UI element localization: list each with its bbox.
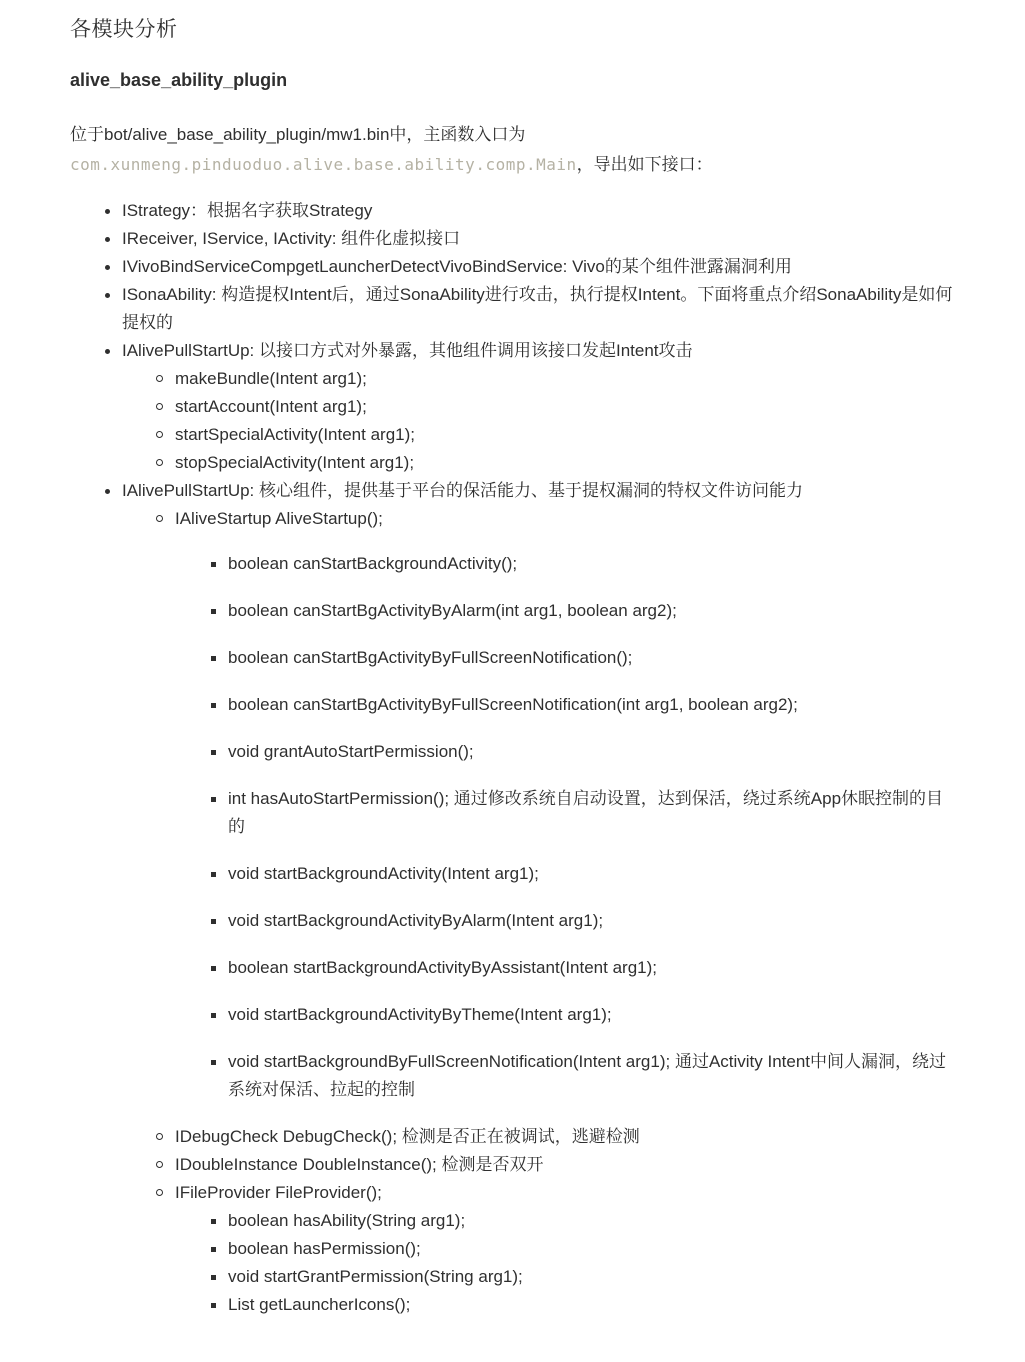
list-item: IDebugCheck DebugCheck(); 检测是否正在被调试，逃避检测 [175,1123,955,1151]
list-item-text: boolean canStartBgActivityByFullScreenNo… [228,695,798,714]
interface-list-level-2: IAliveStartup AliveStartup();boolean can… [122,505,955,1319]
list-item: ISonaAbility: 构造提权Intent后，通过SonaAbility进… [122,281,955,337]
list-item: startSpecialActivity(Intent arg1); [175,421,955,449]
list-item: IFileProvider FileProvider();boolean has… [175,1179,955,1319]
list-item: IStrategy：根据名字获取Strategy [122,197,955,225]
list-item: List getLauncherIcons(); [228,1291,955,1319]
list-item-text: IAliveStartup AliveStartup(); [175,509,383,528]
list-item-text: IStrategy：根据名字获取Strategy [122,201,372,220]
page-title: 各模块分析 [70,14,955,45]
list-item-text: startSpecialActivity(Intent arg1); [175,425,415,444]
list-item-text: void startBackgroundActivityByTheme(Inte… [228,1005,612,1024]
list-item-text: boolean startBackgroundActivityByAssista… [228,958,657,977]
list-item-text: IFileProvider FileProvider(); [175,1183,382,1202]
list-item-text: stopSpecialActivity(Intent arg1); [175,453,414,472]
list-item-text: boolean hasPermission(); [228,1239,421,1258]
list-item: stopSpecialActivity(Intent arg1); [175,449,955,477]
list-item: boolean hasPermission(); [228,1235,955,1263]
list-item: boolean canStartBgActivityByAlarm(int ar… [228,597,955,625]
list-item: void grantAutoStartPermission(); [228,738,955,766]
list-item-text: IReceiver, IService, IActivity: 组件化虚拟接口 [122,229,460,248]
interface-list-level-3: boolean hasAbility(String arg1);boolean … [175,1207,955,1319]
list-item-text: List getLauncherIcons(); [228,1295,410,1314]
list-item: IAlivePullStartUp: 核心组件，提供基于平台的保活能力、基于提权… [122,477,955,1319]
list-item-text: void startBackgroundByFullScreenNotifica… [228,1052,946,1099]
list-item: makeBundle(Intent arg1); [175,365,955,393]
list-item: boolean canStartBackgroundActivity(); [228,550,955,578]
list-item: IReceiver, IService, IActivity: 组件化虚拟接口 [122,225,955,253]
list-item: int hasAutoStartPermission(); 通过修改系统自启动设… [228,785,955,841]
list-item: void startBackgroundActivityByAlarm(Inte… [228,907,955,935]
interface-list-level-1: IStrategy：根据名字获取StrategyIReceiver, IServ… [70,197,955,1319]
interface-list: IStrategy：根据名字获取StrategyIReceiver, IServ… [70,197,955,1319]
list-item-text: IDoubleInstance DoubleInstance(); 检测是否双开 [175,1155,544,1174]
list-item-text: boolean canStartBgActivityByAlarm(int ar… [228,601,677,620]
list-item-text: void startGrantPermission(String arg1); [228,1267,523,1286]
main-class-code: com.xunmeng.pinduoduo.alive.base.ability… [70,155,577,174]
list-item: void startGrantPermission(String arg1); [228,1263,955,1291]
list-item-text: startAccount(Intent arg1); [175,397,367,416]
list-item: void startBackgroundByFullScreenNotifica… [228,1048,955,1104]
list-item-text: void startBackgroundActivityByAlarm(Inte… [228,911,603,930]
list-item-text: void startBackgroundActivity(Intent arg1… [228,864,539,883]
list-item: boolean canStartBgActivityByFullScreenNo… [228,644,955,672]
section-heading: alive_base_ability_plugin [70,67,955,93]
list-item-text: IAlivePullStartUp: 核心组件，提供基于平台的保活能力、基于提权… [122,481,803,500]
list-item: boolean startBackgroundActivityByAssista… [228,954,955,982]
list-item: IAliveStartup AliveStartup();boolean can… [175,505,955,1104]
list-item-text: makeBundle(Intent arg1); [175,369,367,388]
list-item-text: IDebugCheck DebugCheck(); 检测是否正在被调试，逃避检测 [175,1127,640,1146]
list-item: void startBackgroundActivityByTheme(Inte… [228,1001,955,1029]
list-item: boolean hasAbility(String arg1); [228,1207,955,1235]
intro-paragraph: 位于bot/alive_base_ability_plugin/mw1.bin中… [70,120,955,180]
list-item-text: ISonaAbility: 构造提权Intent后，通过SonaAbility进… [122,285,952,332]
list-item-text: void grantAutoStartPermission(); [228,742,474,761]
list-item-text: boolean canStartBgActivityByFullScreenNo… [228,648,632,667]
list-item-text: IAlivePullStartUp: 以接口方式对外暴露，其他组件调用该接口发起… [122,341,693,360]
list-item: IDoubleInstance DoubleInstance(); 检测是否双开 [175,1151,955,1179]
interface-list-level-2: makeBundle(Intent arg1);startAccount(Int… [122,365,955,477]
list-item: void startBackgroundActivity(Intent arg1… [228,860,955,888]
list-item-text: boolean hasAbility(String arg1); [228,1211,465,1230]
list-item-text: IVivoBindServiceCompgetLauncherDetectViv… [122,257,792,276]
list-item-text: boolean canStartBackgroundActivity(); [228,554,517,573]
list-item: IVivoBindServiceCompgetLauncherDetectViv… [122,253,955,281]
interface-list-level-3: boolean canStartBackgroundActivity();boo… [175,550,955,1104]
list-item: boolean canStartBgActivityByFullScreenNo… [228,691,955,719]
list-item: startAccount(Intent arg1); [175,393,955,421]
list-item-text: int hasAutoStartPermission(); 通过修改系统自启动设… [228,789,943,836]
intro-text-after-code: ，导出如下接口： [577,155,713,174]
intro-text-before-code: 位于bot/alive_base_ability_plugin/mw1.bin中… [70,125,525,144]
list-item: IAlivePullStartUp: 以接口方式对外暴露，其他组件调用该接口发起… [122,337,955,477]
